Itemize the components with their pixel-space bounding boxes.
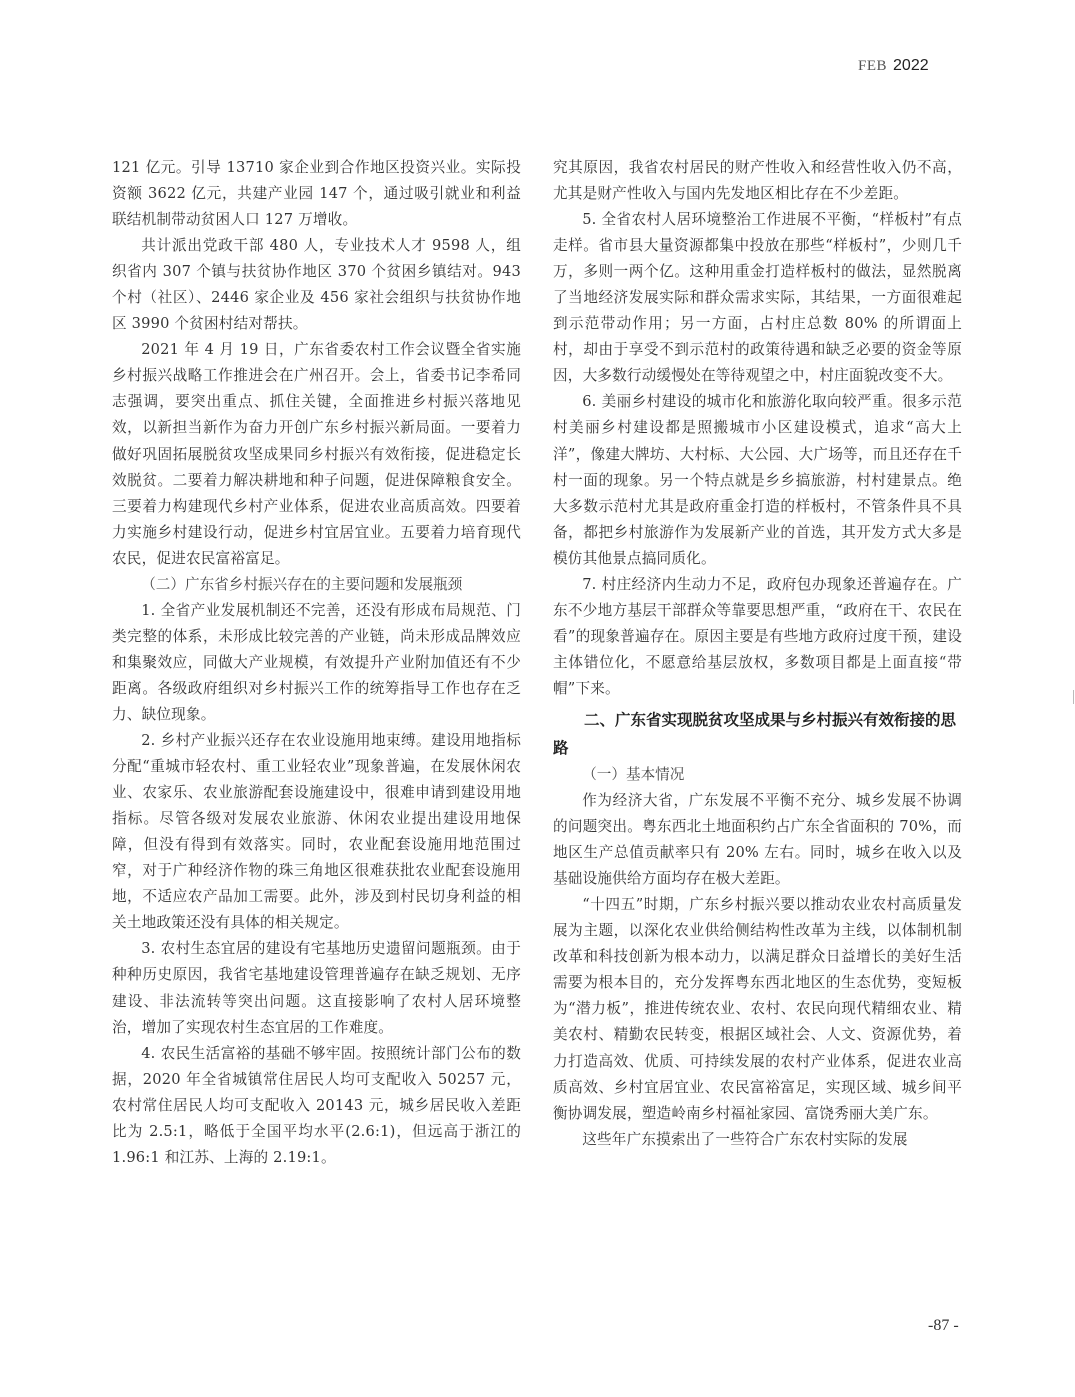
paragraph: 6. 美丽乡村建设的城市化和旅游化取向较严重。很多示范村美丽乡村建设都是照搬城市… [553,389,962,571]
paragraph: 4. 农民生活富裕的基础不够牢固。按照统计部门公布的数据，2020 年全省城镇常… [112,1041,521,1171]
paragraph: 121 亿元。引导 13710 家企业到合作地区投资兴业。实际投资额 3622 … [112,155,521,233]
paragraph: 3. 农村生态宜居的建设有宅基地历史遗留问题瓶颈。由于种种历史原因，我省宅基地建… [112,936,521,1040]
paragraph: 究其原因，我省农村居民的财产性收入和经营性收入仍不高，尤其是财产性收入与国内先发… [553,155,962,207]
scan-edge-mark [1073,690,1074,704]
paragraph: 1. 全省产业发展机制还不完善，还没有形成布局规范、门类完整的体系，未形成比较完… [112,598,521,728]
paragraph: 7. 村庄经济内生动力不足，政府包办现象还普遍存在。广东不少地方基层干部群众等靠… [553,572,962,702]
header-year: 2022 [893,57,929,74]
paragraph: 这些年广东摸索出了一些符合广东农村实际的发展 [553,1127,962,1153]
paragraph: 5. 全省农村人居环境整治工作进展不平衡，“样板村”有点走样。省市县大量资源都集… [553,207,962,389]
section-title: 二、广东省实现脱贫攻坚成果与乡村振兴有效衔接的思路 [553,706,962,762]
paragraph: “十四五”时期，广东乡村振兴要以推动农业农村高质量发展为主题，以深化农业供给侧结… [553,892,962,1126]
paragraph: 作为经济大省，广东发展不平衡不充分、城乡发展不协调的问题突出。粤东西北土地面积约… [553,788,962,892]
paragraph: 2. 乡村产业振兴还存在农业设施用地束缚。建设用地指标分配“重城市轻农村、重工业… [112,728,521,936]
right-column: 究其原因，我省农村居民的财产性收入和经营性收入仍不高，尤其是财产性收入与国内先发… [553,155,962,1153]
paragraph: 共计派出党政干部 480 人，专业技术人才 9598 人，组织省内 307 个镇… [112,233,521,337]
subheading: （二）广东省乡村振兴存在的主要问题和发展瓶颈 [112,572,521,598]
page-number: -87 - [928,1317,959,1335]
paragraph: 2021 年 4 月 19 日，广东省委农村工作会议暨全省实施乡村振兴战略工作推… [112,337,521,571]
subheading: （一）基本情况 [553,762,962,788]
header-month: FEB [858,58,887,74]
running-header: FEB2022 [858,56,929,75]
left-column: 121 亿元。引导 13710 家企业到合作地区投资兴业。实际投资额 3622 … [112,155,521,1171]
